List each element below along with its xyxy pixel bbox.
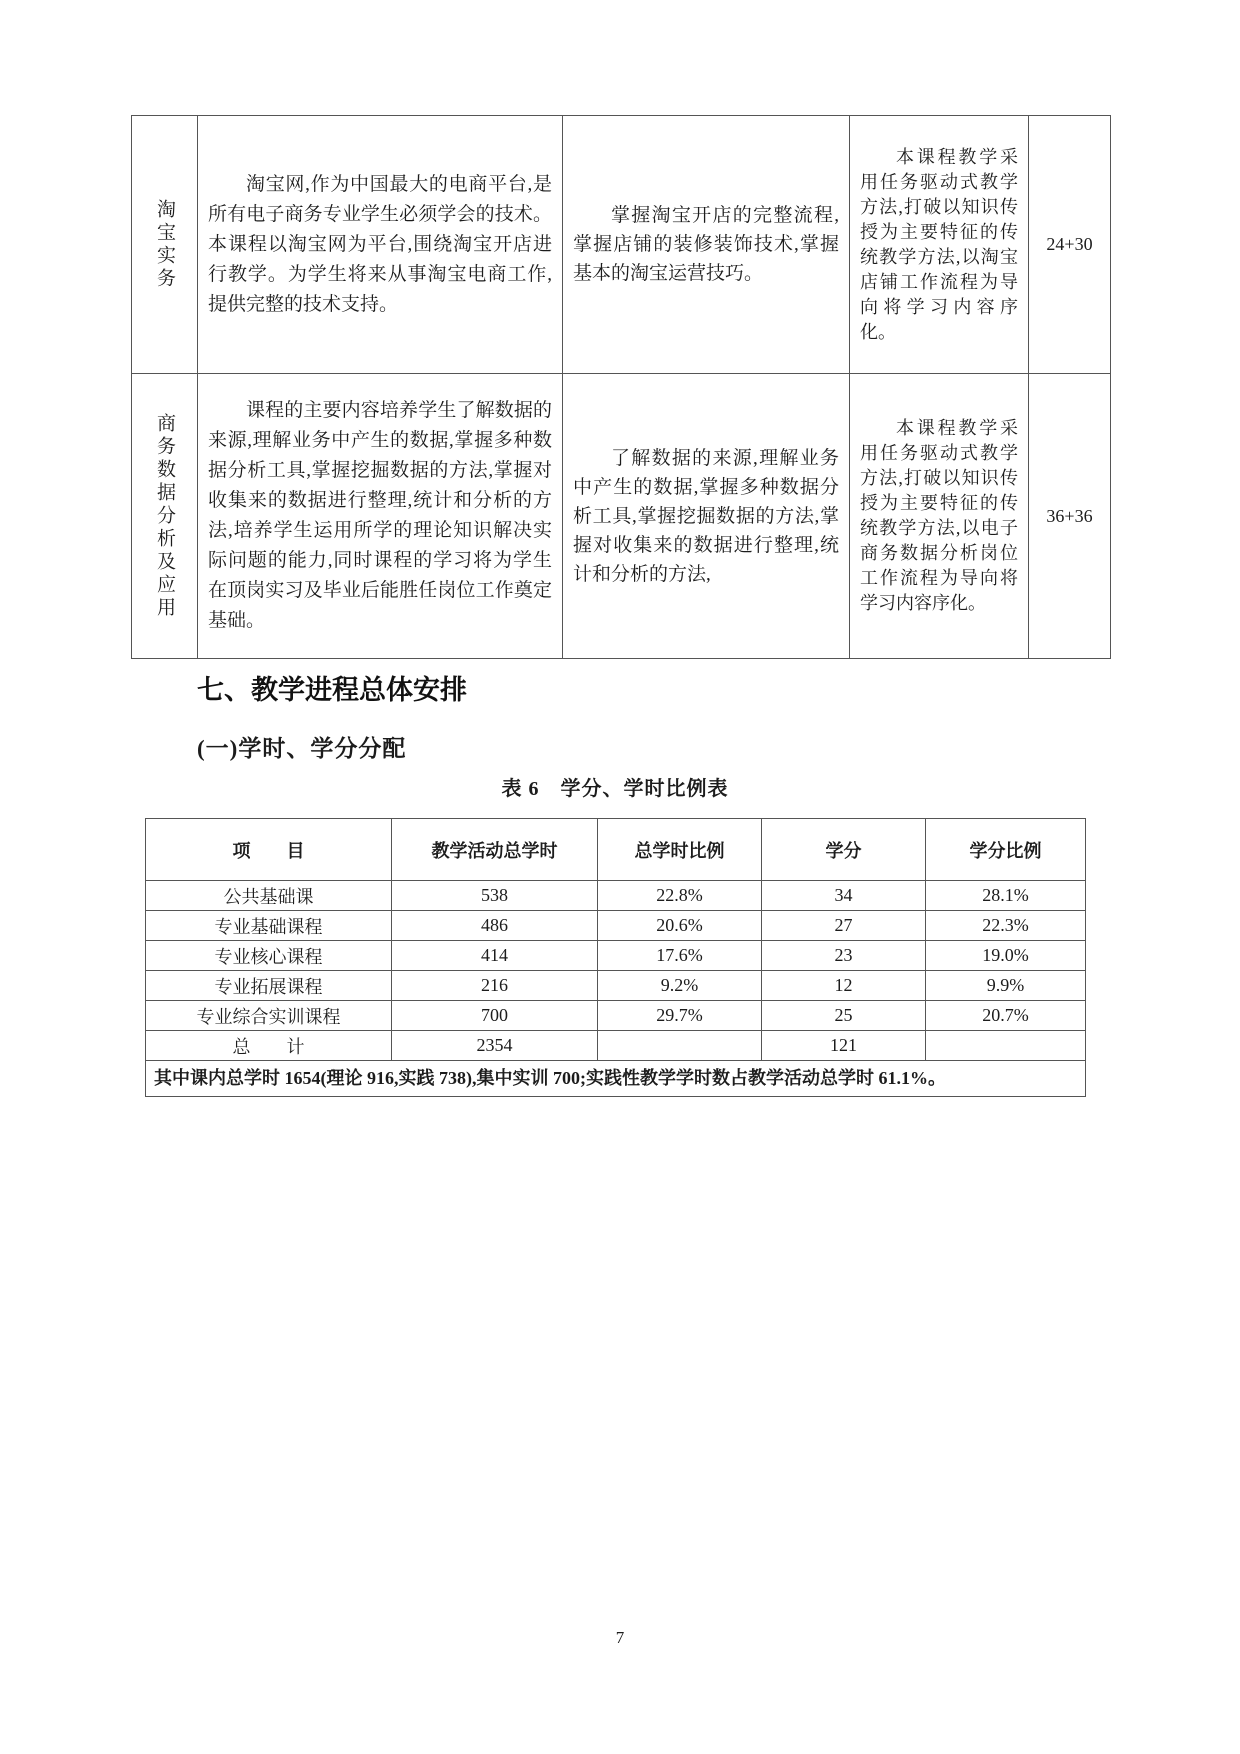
credit-table-title: 表 6 学分、学时比例表 <box>145 772 1085 801</box>
column-header: 项 目 <box>146 819 392 881</box>
cell-hours-ratio: 29.7% <box>598 1001 762 1031</box>
cell-category: 总 计 <box>146 1031 392 1061</box>
cell-total-hours: 216 <box>392 971 598 1001</box>
cell-category: 专业拓展课程 <box>146 971 392 1001</box>
cell-credits: 23 <box>762 941 926 971</box>
cell-total-hours: 2354 <box>392 1031 598 1061</box>
course-objectives: 了解数据的来源,理解业务中产生的数据,掌握多种数据分析工具,掌握挖掘数据的方法,… <box>573 444 839 589</box>
cell-category: 专业基础课程 <box>146 911 392 941</box>
table-note-row: 其中课内总学时 1654(理论 916,实践 738),集中实训 700;实践性… <box>146 1061 1086 1097</box>
course-description-cell: 淘宝网,作为中国最大的电商平台,是所有电子商务专业学生必须学会的技术。本课程以淘… <box>198 116 563 374</box>
column-header: 学分比例 <box>926 819 1086 881</box>
cell-credit-ratio: 28.1% <box>926 881 1086 911</box>
cell-hours-ratio: 22.8% <box>598 881 762 911</box>
cell-hours-ratio: 17.6% <box>598 941 762 971</box>
course-name: 商务数据分析及应用 <box>151 378 178 654</box>
cell-credits: 34 <box>762 881 926 911</box>
course-description-cell: 课程的主要内容培养学生了解数据的来源,理解业务中产生的数据,掌握多种数据分析工具… <box>198 374 563 659</box>
table-row: 淘宝实务 淘宝网,作为中国最大的电商平台,是所有电子商务专业学生必须学会的技术。… <box>132 116 1111 374</box>
section-heading: 七、教学进程总体安排 <box>197 668 467 707</box>
table-note: 其中课内总学时 1654(理论 916,实践 738),集中实训 700;实践性… <box>146 1061 1086 1097</box>
page-number: 7 <box>0 1628 1240 1648</box>
cell-credit-ratio: 19.0% <box>926 941 1086 971</box>
teaching-method-cell: 本课程教学采用任务驱动式教学方法,打破以知识传授为主要特征的传统教学方法,以淘宝… <box>850 116 1029 374</box>
table-row: 专业综合实训课程 700 29.7% 25 20.7% <box>146 1001 1086 1031</box>
table-row: 专业核心课程 414 17.6% 23 19.0% <box>146 941 1086 971</box>
column-header: 教学活动总学时 <box>392 819 598 881</box>
cell-hours-ratio: 20.6% <box>598 911 762 941</box>
cell-credits: 12 <box>762 971 926 1001</box>
cell-category: 公共基础课 <box>146 881 392 911</box>
document-page: 淘宝实务 淘宝网,作为中国最大的电商平台,是所有电子商务专业学生必须学会的技术。… <box>0 0 1240 1754</box>
cell-hours-ratio <box>598 1031 762 1061</box>
cell-credits: 25 <box>762 1001 926 1031</box>
table-header-row: 项 目 教学活动总学时 总学时比例 学分 学分比例 <box>146 819 1086 881</box>
cell-credits: 121 <box>762 1031 926 1061</box>
cell-credit-ratio: 20.7% <box>926 1001 1086 1031</box>
course-name-cell: 淘宝实务 <box>132 116 198 374</box>
course-objectives: 掌握淘宝开店的完整流程,掌握店铺的装修装饰技术,掌握基本的淘宝运营技巧。 <box>573 201 839 288</box>
table-row-total: 总 计 2354 121 <box>146 1031 1086 1061</box>
table-row: 公共基础课 538 22.8% 34 28.1% <box>146 881 1086 911</box>
cell-credit-ratio: 22.3% <box>926 911 1086 941</box>
cell-credit-ratio: 9.9% <box>926 971 1086 1001</box>
teaching-method: 本课程教学采用任务驱动式教学方法,打破以知识传授为主要特征的传统教学方法,以电子… <box>860 416 1018 616</box>
course-hours-cell: 36+36 <box>1029 374 1111 659</box>
table-row: 商务数据分析及应用 课程的主要内容培养学生了解数据的来源,理解业务中产生的数据,… <box>132 374 1111 659</box>
table-row: 专业拓展课程 216 9.2% 12 9.9% <box>146 971 1086 1001</box>
course-hours: 24+30 <box>1046 234 1092 254</box>
column-header: 总学时比例 <box>598 819 762 881</box>
cell-credits: 27 <box>762 911 926 941</box>
cell-total-hours: 538 <box>392 881 598 911</box>
teaching-method: 本课程教学采用任务驱动式教学方法,打破以知识传授为主要特征的传统教学方法,以淘宝… <box>860 145 1018 345</box>
cell-credit-ratio <box>926 1031 1086 1061</box>
column-header: 学分 <box>762 819 926 881</box>
course-name-cell: 商务数据分析及应用 <box>132 374 198 659</box>
table-row: 专业基础课程 486 20.6% 27 22.3% <box>146 911 1086 941</box>
cell-category: 专业核心课程 <box>146 941 392 971</box>
cell-hours-ratio: 9.2% <box>598 971 762 1001</box>
course-description: 淘宝网,作为中国最大的电商平台,是所有电子商务专业学生必须学会的技术。本课程以淘… <box>208 170 552 320</box>
course-description-table: 淘宝实务 淘宝网,作为中国最大的电商平台,是所有电子商务专业学生必须学会的技术。… <box>131 115 1111 659</box>
cell-category: 专业综合实训课程 <box>146 1001 392 1031</box>
credit-hours-ratio-table: 项 目 教学活动总学时 总学时比例 学分 学分比例 公共基础课 538 22.8… <box>145 818 1086 1097</box>
section-subheading: (一)学时、学分分配 <box>197 730 406 763</box>
course-description: 课程的主要内容培养学生了解数据的来源,理解业务中产生的数据,掌握多种数据分析工具… <box>208 396 552 636</box>
cell-total-hours: 414 <box>392 941 598 971</box>
course-hours-cell: 24+30 <box>1029 116 1111 374</box>
cell-total-hours: 700 <box>392 1001 598 1031</box>
cell-total-hours: 486 <box>392 911 598 941</box>
course-hours: 36+36 <box>1046 506 1092 526</box>
teaching-method-cell: 本课程教学采用任务驱动式教学方法,打破以知识传授为主要特征的传统教学方法,以电子… <box>850 374 1029 659</box>
course-objectives-cell: 掌握淘宝开店的完整流程,掌握店铺的装修装饰技术,掌握基本的淘宝运营技巧。 <box>563 116 850 374</box>
course-objectives-cell: 了解数据的来源,理解业务中产生的数据,掌握多种数据分析工具,掌握挖掘数据的方法,… <box>563 374 850 659</box>
course-name: 淘宝实务 <box>151 120 178 369</box>
